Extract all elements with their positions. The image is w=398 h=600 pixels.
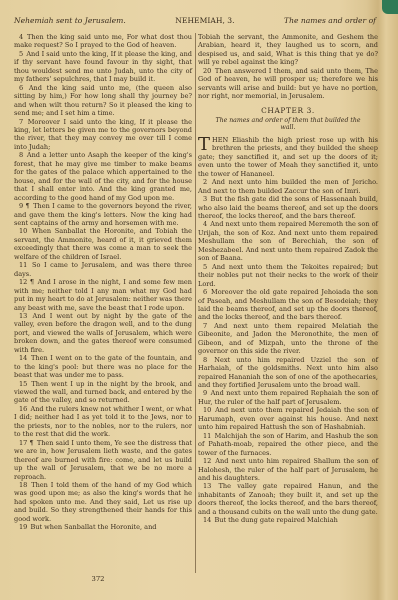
verse: 8 And a letter unto Asaph the keeper of … xyxy=(14,151,192,202)
verse-text: Then answered I them, and said unto them… xyxy=(198,67,378,100)
verse-number: 8 xyxy=(203,356,207,364)
verse: 10 When Sanballat the Horonite, and Tobi… xyxy=(14,227,192,261)
verse-text: Then I went on to the gate of the founta… xyxy=(14,354,192,379)
verse-number: 14 xyxy=(19,354,27,362)
verse-number: 7 xyxy=(203,322,207,330)
verse-text: Then I came to the governors beyond the … xyxy=(14,202,192,227)
column-divider xyxy=(195,33,196,573)
verse-number: 9 ¶ xyxy=(19,202,30,210)
verse: 9 ¶ Then I came to the governors beyond … xyxy=(14,202,192,227)
verse-number: 11 xyxy=(19,261,27,269)
verse: 9 And next unto them repaired Rephaiah t… xyxy=(198,389,378,406)
verse: 11 So I came to Jerusalem, and was there… xyxy=(14,261,192,278)
verse-number: 6 xyxy=(203,288,207,296)
verse-1: THEN Eliashib the high priest rose up wi… xyxy=(198,136,378,178)
verse-number: 5 xyxy=(19,50,23,58)
verse-text: Then went I up in the night by the brook… xyxy=(14,380,192,405)
verse-text: And next unto them repaired Rephaiah the… xyxy=(198,389,378,405)
bookmark-tab xyxy=(382,0,398,14)
verse-number: 3 xyxy=(203,195,207,203)
verse-text: And next unto them repaired Meremoth the… xyxy=(198,220,378,262)
verse: 14 Then I went on to the gate of the fou… xyxy=(14,354,192,379)
verse: 7 Moreover I said unto the king, If it p… xyxy=(14,118,192,152)
verse-number: 13 xyxy=(203,482,211,490)
verse-text: Moreover the old gate repaired Jehoiada … xyxy=(198,288,378,321)
verse-number: 10 xyxy=(19,227,27,235)
verse-text: And next unto them repaired Jedaiah the … xyxy=(198,406,378,431)
page-number: 372 xyxy=(78,575,118,583)
verse-1-text: HEN Eliashib the high priest rose up wit… xyxy=(198,136,378,178)
verse-text: Then I told them of the hand of my God w… xyxy=(14,481,192,523)
verse-number: 13 xyxy=(19,312,27,320)
verse: 18 Then I told them of the hand of my Go… xyxy=(14,481,192,523)
verse-text: And the king said unto me, (the queen al… xyxy=(14,84,192,117)
verse-text: When Sanballat the Horonite, and Tobiah … xyxy=(14,227,192,260)
verse-number: 5 xyxy=(203,263,207,271)
verse-text: The valley gate repaired Hanun, and the … xyxy=(198,482,378,515)
verse: 17 ¶ Then said I unto them, Ye see the d… xyxy=(14,439,192,481)
verse-text: Next unto him repaired Uzziel the son of… xyxy=(198,356,378,389)
running-head: Nehemiah sent to Jerusalem. NEHEMIAH, 3.… xyxy=(14,16,376,28)
bible-page: Nehemiah sent to Jerusalem. NEHEMIAH, 3.… xyxy=(0,0,398,600)
verse-number: 20 xyxy=(203,67,211,75)
verse: 15 Then went I up in the night by the br… xyxy=(14,380,192,405)
verse: 2 And next unto him builded the men of J… xyxy=(198,178,378,195)
verse: 12 ¶ And I arose in the night, I and som… xyxy=(14,278,192,312)
verse: 16 And the rulers knew not whither I wen… xyxy=(14,405,192,439)
verse-number: 14 xyxy=(203,516,211,524)
verse-text: And next unto him repaired Shallum the s… xyxy=(198,457,378,482)
verse: 14 But the dung gate repaired Malchiah xyxy=(198,516,378,524)
verse-text: And next unto them the Tekoites repaired… xyxy=(198,263,378,288)
verse-number: 12 ¶ xyxy=(19,278,34,286)
verse-text: Then said I unto them, Ye see the distre… xyxy=(14,439,192,481)
verse-text: Moreover I said unto the king, If it ple… xyxy=(14,118,192,151)
verse-text: But when Sanballat the Horonite, and xyxy=(30,523,156,531)
verse: 5 And I said unto the king, If it please… xyxy=(14,50,192,84)
verse-number: 7 xyxy=(19,118,23,126)
verse-text: Malchijah the son of Harim, and Hashub t… xyxy=(198,432,378,457)
verse-number: 15 xyxy=(19,380,27,388)
verse: 12 And next unto him repaired Shallum th… xyxy=(198,457,378,482)
verse: 20 Then answered I them, and said unto t… xyxy=(198,67,378,101)
verse-text: And I said unto the king, If it please t… xyxy=(14,50,192,83)
chapter-title: CHAPTER 3. xyxy=(198,107,378,115)
verse: 4 And next unto them repaired Meremoth t… xyxy=(198,220,378,262)
verse-text: And a letter unto Asaph the keeper of th… xyxy=(14,151,192,201)
verse-text: So I came to Jerusalem, and was there th… xyxy=(14,261,192,277)
verse-text: But the fish gate did the sons of Hassen… xyxy=(198,195,378,220)
right-column: Tobiah the servant, the Ammonite, and Ge… xyxy=(198,33,378,525)
verse-text: And the rulers knew not whither I went, … xyxy=(14,405,192,438)
verse: 8 Next unto him repaired Uzziel the son … xyxy=(198,356,378,390)
verse: 13 The valley gate repaired Hanun, and t… xyxy=(198,482,378,516)
verse: 5 And next unto them the Tekoites repair… xyxy=(198,263,378,288)
verse-number: 2 xyxy=(203,178,207,186)
verse: 19 But when Sanballat the Horonite, and xyxy=(14,523,192,531)
verse-number: 16 xyxy=(19,405,27,413)
verse-text: And I arose in the night, I and some few… xyxy=(14,278,192,311)
verse: 10 And next unto them repaired Jedaiah t… xyxy=(198,406,378,431)
verse-number: 10 xyxy=(203,406,211,414)
verse-text: But the dung gate repaired Malchiah xyxy=(214,516,337,524)
verse-number: 18 xyxy=(19,481,27,489)
verse-number: 6 xyxy=(19,84,23,92)
verse-text: And next unto them repaired Melatiah the… xyxy=(198,322,378,355)
verse-number: 11 xyxy=(203,432,211,440)
running-head-left: Nehemiah sent to Jerusalem. xyxy=(14,16,126,25)
drop-cap: T xyxy=(198,137,210,152)
verse-number: 4 xyxy=(19,33,23,41)
left-column: 4 Then the king said unto me, For what d… xyxy=(14,33,192,532)
verse-number: 17 ¶ xyxy=(19,439,34,447)
chapter-summary: The names and order of them that builded… xyxy=(210,117,366,132)
verse-text: Then the king said unto me, For what dos… xyxy=(14,33,192,49)
verse-text: And I went out by night by the gate of t… xyxy=(14,312,192,354)
verse-number: 8 xyxy=(19,151,23,159)
verse: 13 And I went out by night by the gate o… xyxy=(14,312,192,354)
running-head-right: The names and order of xyxy=(284,16,376,25)
verse: 6 And the king said unto me, (the queen … xyxy=(14,84,192,118)
verse-number: 4 xyxy=(203,220,207,228)
verse: 4 Then the king said unto me, For what d… xyxy=(14,33,192,50)
verse-number: 9 xyxy=(203,389,207,397)
verse: 11 Malchijah the son of Harim, and Hashu… xyxy=(198,432,378,457)
verse: 6 Moreover the old gate repaired Jehoiad… xyxy=(198,288,378,322)
verse-number: 19 xyxy=(19,523,27,531)
verse-continuation: Tobiah the servant, the Ammonite, and Ge… xyxy=(198,33,378,67)
verse-text: And next unto him builded the men of Jer… xyxy=(198,178,378,194)
verse: 3 But the fish gate did the sons of Hass… xyxy=(198,195,378,220)
verse: 7 And next unto them repaired Melatiah t… xyxy=(198,322,378,356)
running-head-center: NEHEMIAH, 3. xyxy=(175,16,234,25)
verse-number: 12 xyxy=(203,457,211,465)
